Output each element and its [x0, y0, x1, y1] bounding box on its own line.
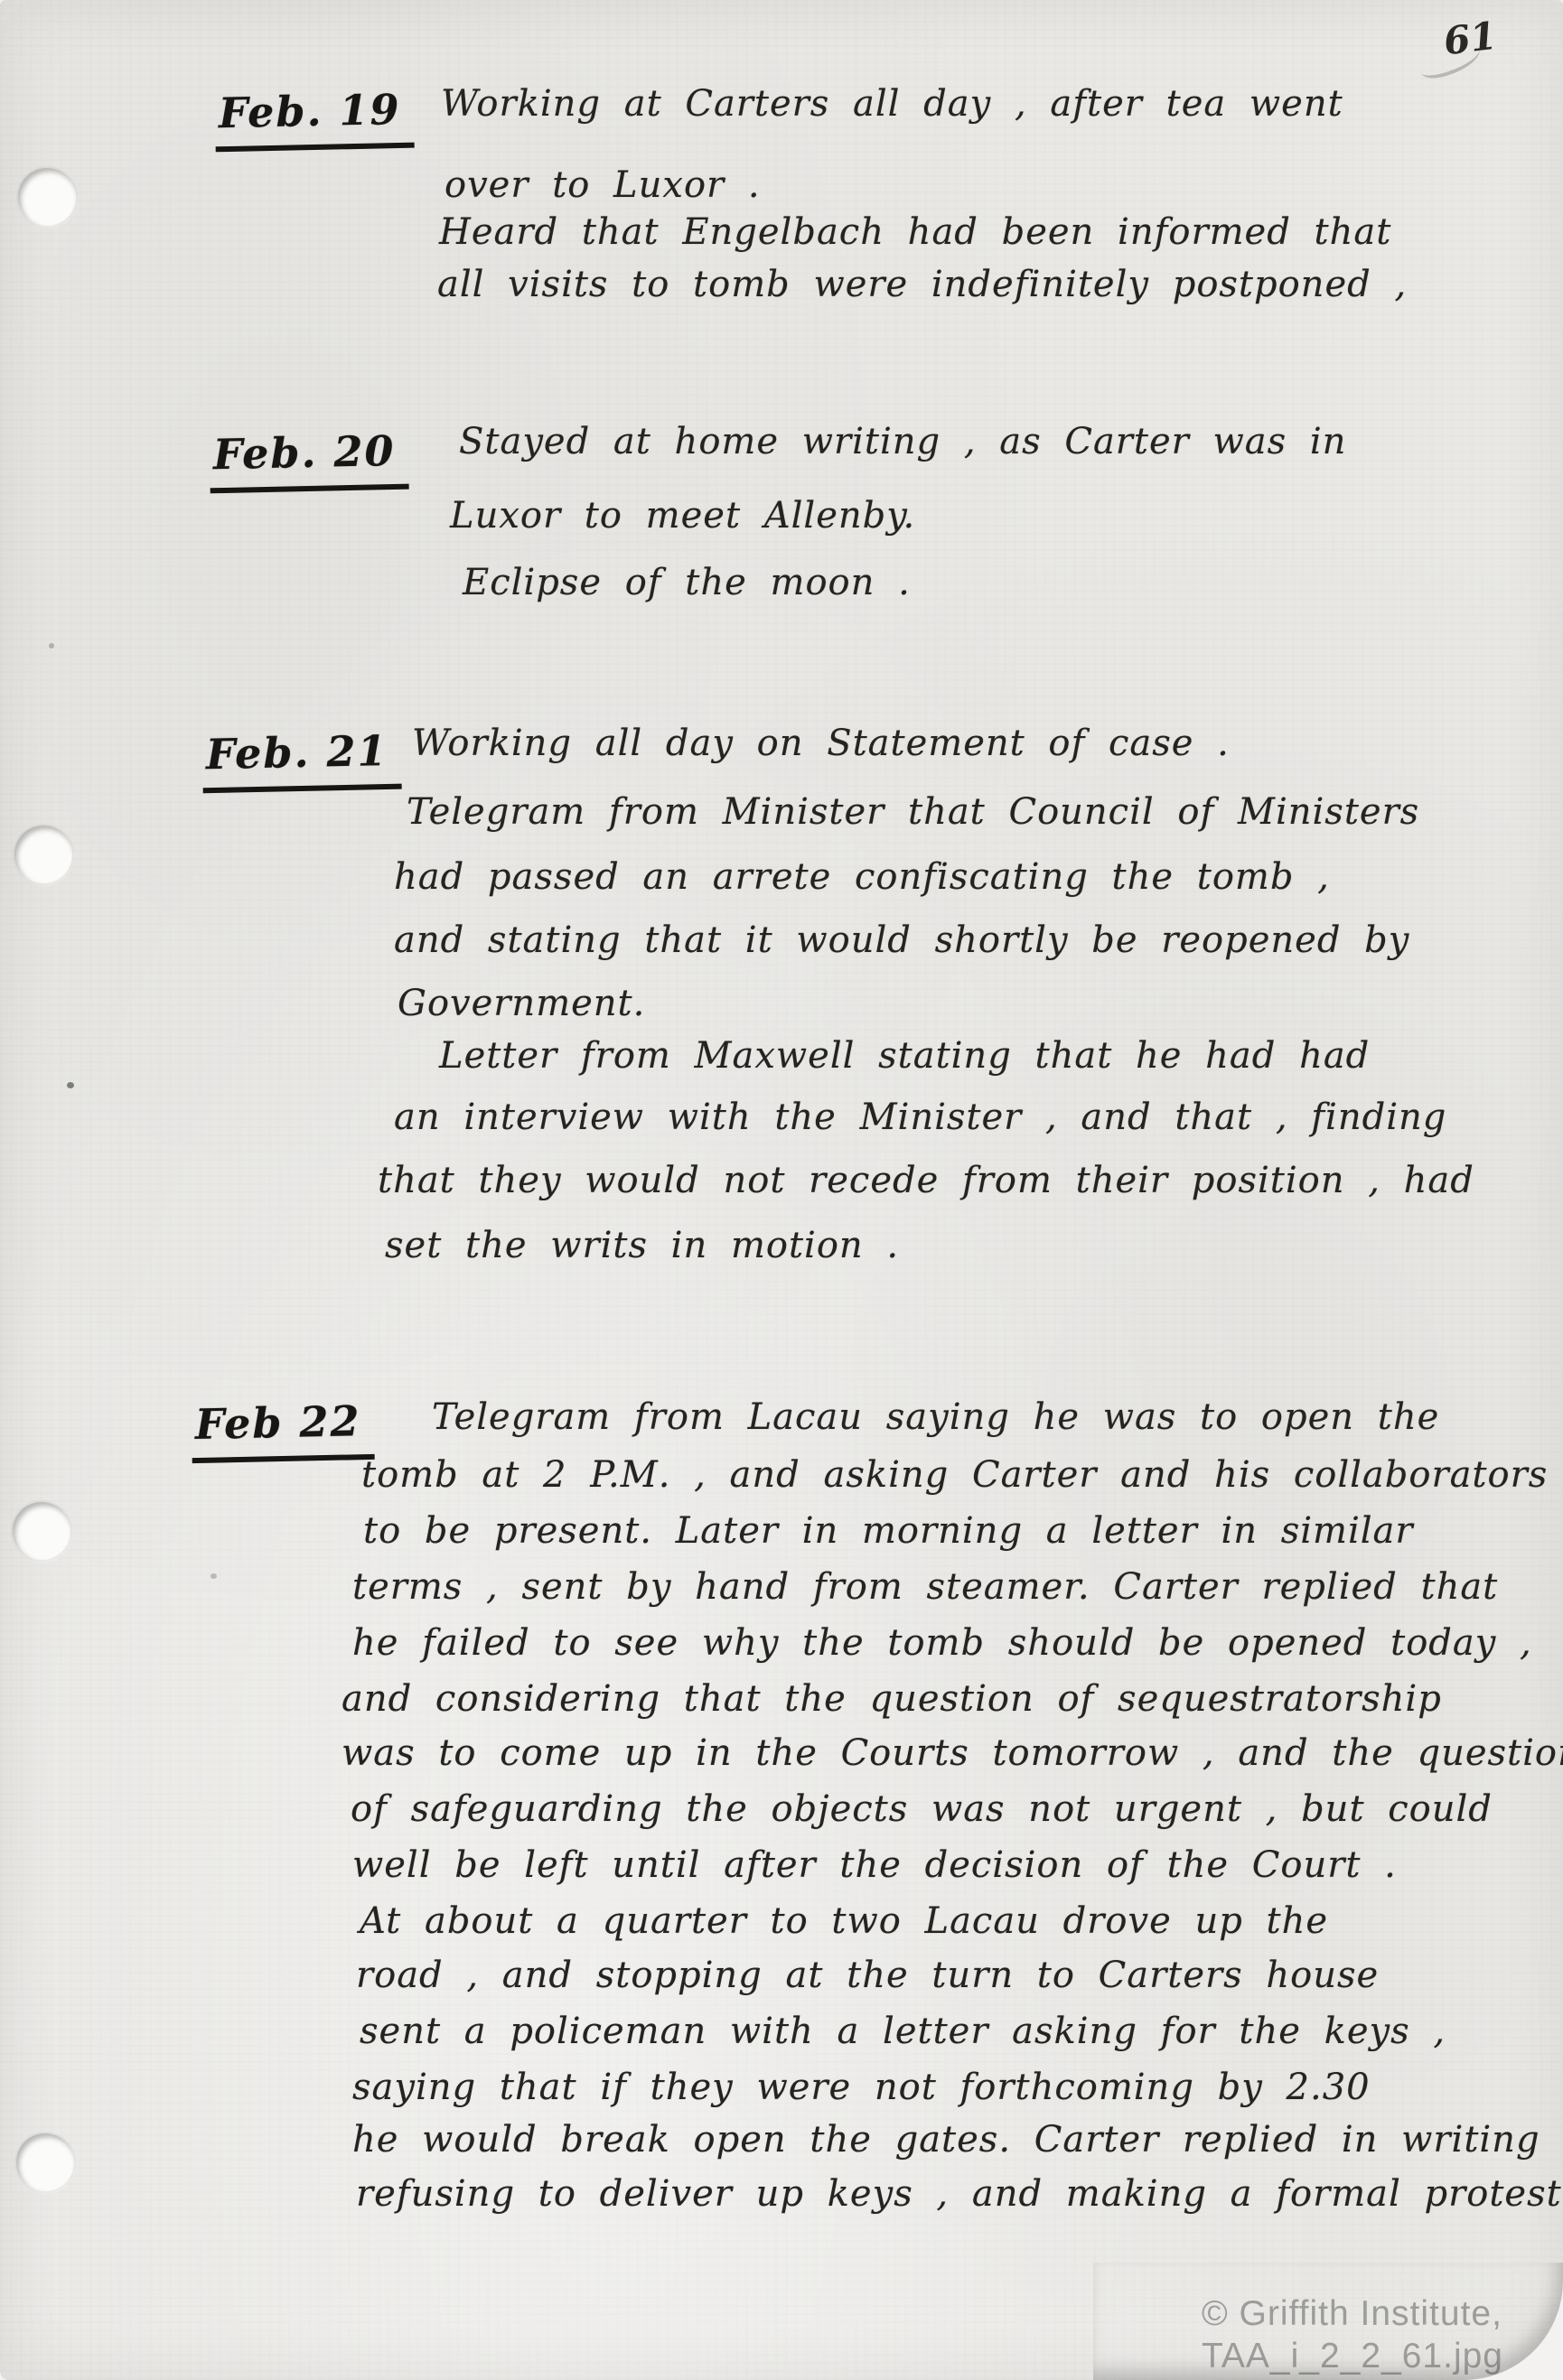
diary-line: Letter from Maxwell stating that he had … — [439, 1035, 1370, 1077]
diary-line: well be left until after the decision of… — [352, 1844, 1397, 1886]
diary-line: had passed an arrete confiscating the to… — [394, 856, 1330, 898]
paper-speck — [67, 1082, 74, 1088]
diary-line: sent a policeman with a letter asking fo… — [360, 2011, 1446, 2052]
diary-line: At about a quarter to two Lacau drove up… — [360, 1900, 1328, 1942]
diary-line: Working all day on Statement of case . — [412, 723, 1230, 764]
watermark: © Griffith Institute, TAA_i_2_2_61.jpg — [1202, 2292, 1503, 2377]
entry-date-label: Feb 22 — [191, 1396, 374, 1463]
diary-line: Stayed at home writing , as Carter was i… — [459, 421, 1346, 462]
entry-date-label: Feb. 19 — [214, 85, 414, 153]
diary-line: that they would not recede from their po… — [378, 1160, 1474, 1201]
punch-hole — [13, 1502, 70, 1560]
diary-line: set the writs in motion . — [385, 1225, 899, 1266]
diary-line: Heard that Engelbach had been informed t… — [439, 211, 1391, 253]
entry-date-label: Feb. 21 — [201, 726, 401, 794]
punch-hole — [16, 2133, 74, 2191]
diary-line: he would break open the gates. Carter re… — [352, 2119, 1540, 2161]
diary-line: Government. — [398, 983, 645, 1024]
diary-line: tomb at 2 P.M. , and asking Carter and h… — [361, 1454, 1548, 1496]
entry-date-label: Feb. 20 — [209, 426, 408, 494]
diary-line: was to come up in the Courts tomorrow , … — [342, 1732, 1563, 1774]
diary-line: an interview with the Minister , and tha… — [394, 1097, 1446, 1138]
diary-line: over to Luxor . — [445, 164, 761, 206]
diary-line: Telegram from Lacau saying he was to ope… — [432, 1396, 1439, 1438]
paper-speck — [49, 643, 54, 649]
diary-line: and stating that it would shortly be reo… — [394, 919, 1409, 961]
punch-hole — [18, 168, 76, 226]
diary-line: Luxor to meet Allenby. — [450, 495, 915, 537]
diary-page-scan: 61 Feb. 19 Working at Carters all day , … — [0, 0, 1563, 2380]
diary-line: of safeguarding the objects was not urge… — [351, 1788, 1493, 1830]
diary-line: Telegram from Minister that Council of M… — [407, 791, 1419, 833]
punch-hole — [14, 826, 72, 883]
diary-line: all visits to tomb were indefinitely pos… — [437, 264, 1407, 305]
diary-line: road , and stopping at the turn to Carte… — [356, 1955, 1379, 1996]
paper-speck — [211, 1573, 217, 1579]
watermark-line-2: TAA_i_2_2_61.jpg — [1202, 2335, 1503, 2377]
diary-line: he failed to see why the tomb should be … — [352, 1622, 1532, 1664]
diary-line: and considering that the question of seq… — [342, 1678, 1442, 1720]
diary-line: Eclipse of the moon . — [463, 562, 911, 603]
watermark-line-1: © Griffith Institute, — [1202, 2292, 1503, 2335]
diary-line: terms , sent by hand from steamer. Carte… — [352, 1566, 1498, 1608]
diary-line: to be present. Later in morning a letter… — [363, 1510, 1414, 1552]
diary-line: refusing to deliver up keys , and making… — [356, 2173, 1562, 2215]
diary-line: Working at Carters all day , after tea w… — [441, 83, 1343, 125]
diary-line: saying that if they were not forthcoming… — [352, 2067, 1371, 2108]
